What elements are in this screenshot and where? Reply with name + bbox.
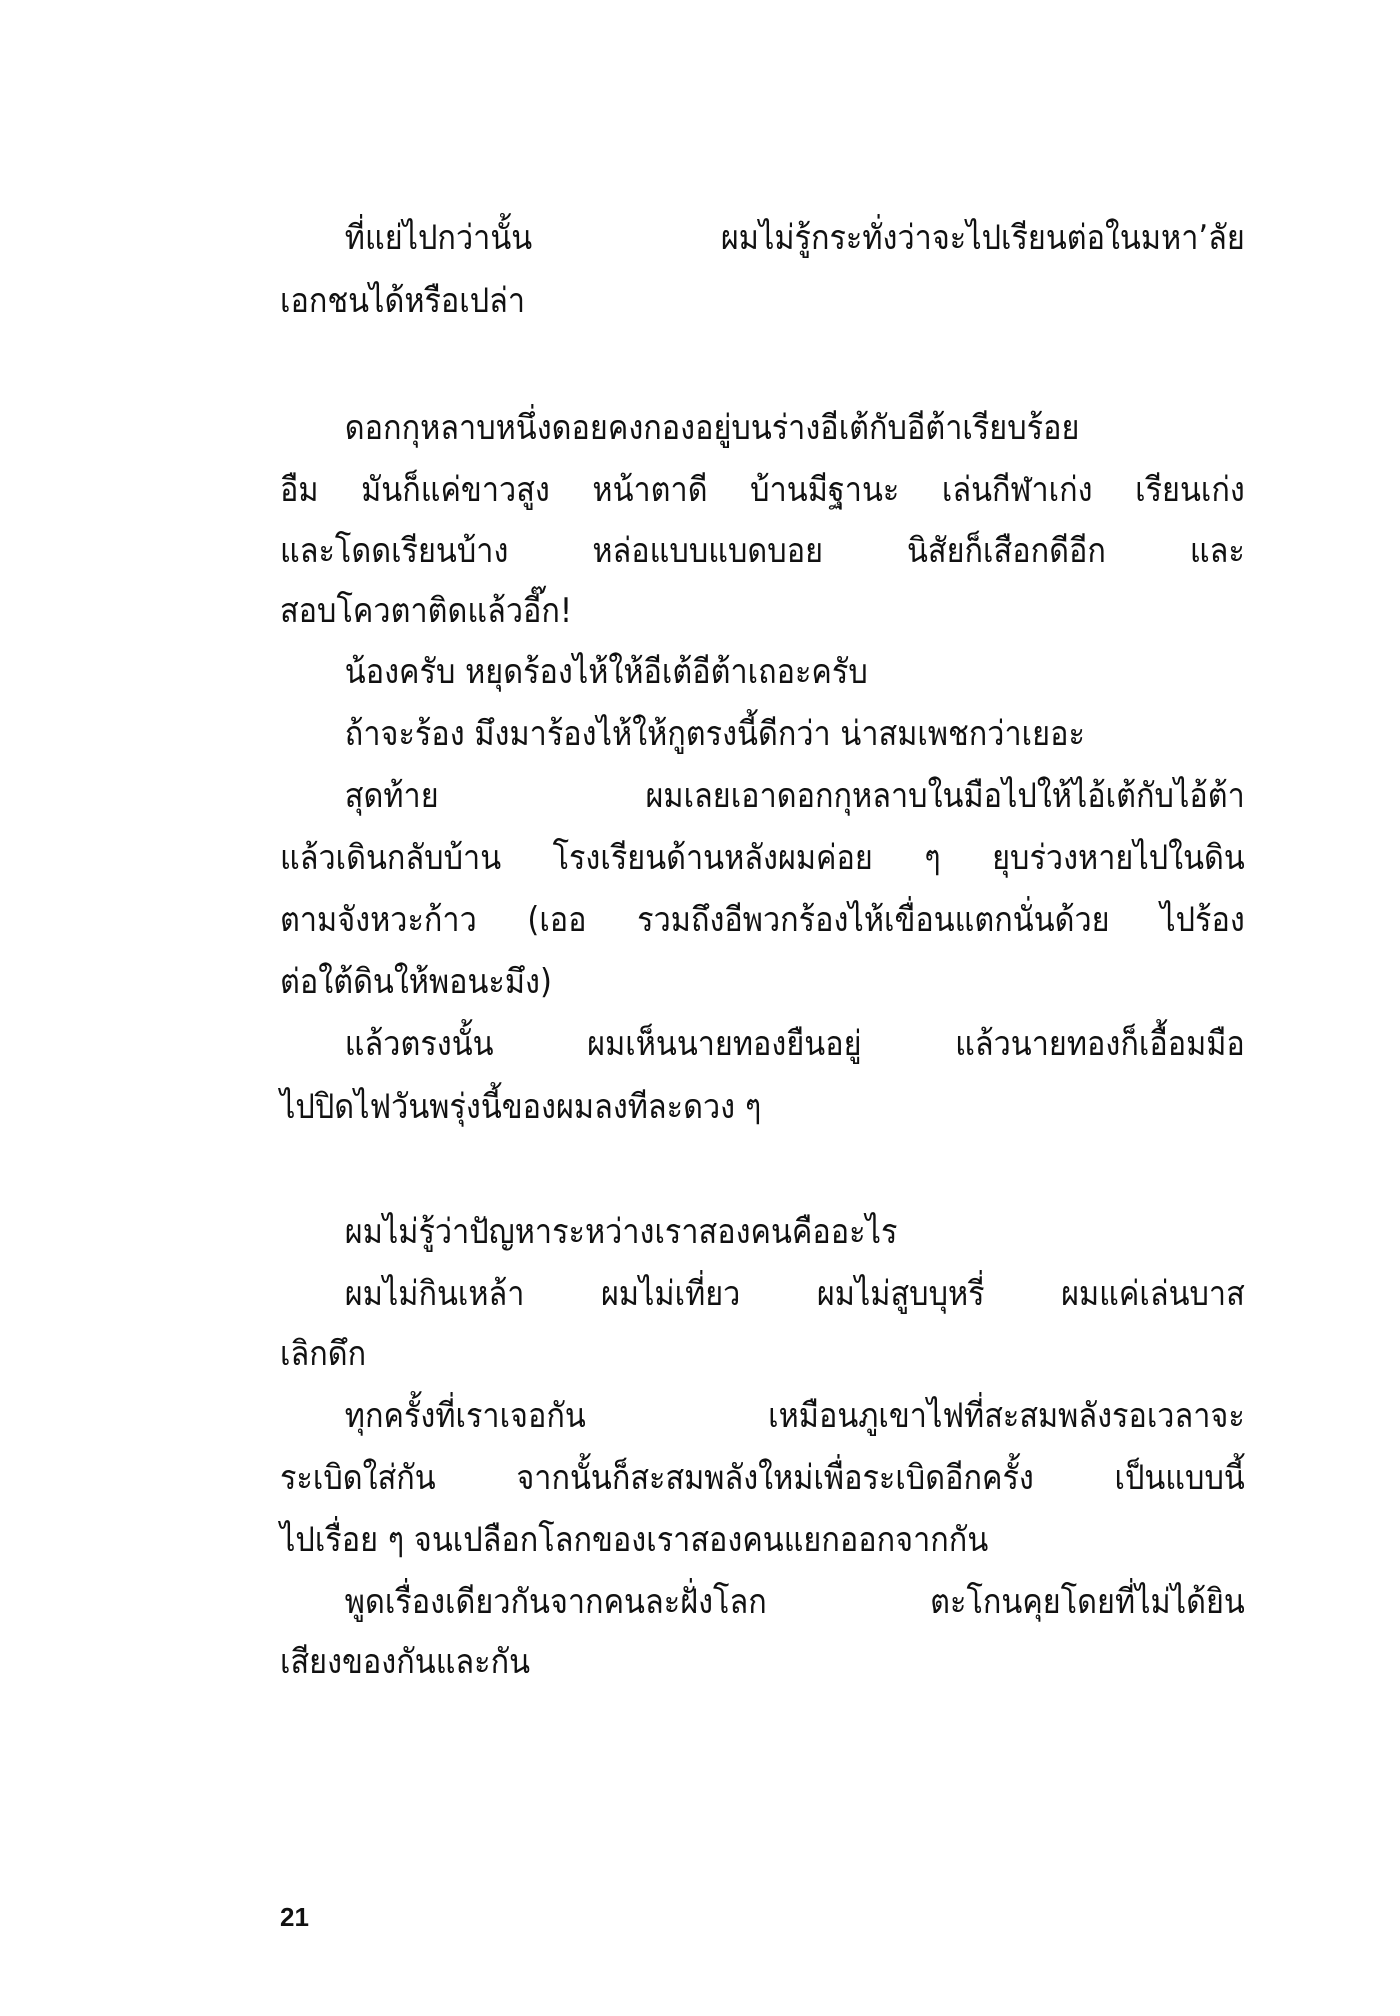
text-line: สอบโควตาติดแล้วอี๊ก! <box>280 580 1149 642</box>
text-line: ต่อใต้ดินให้พอนะมึง) <box>280 951 1149 1013</box>
text-line: ถ้าจะร้อง มึงมาร้องไห้ให้กูตรงนี้ดีกว่า … <box>280 703 1149 765</box>
text-line: ทุกครั้งที่เราเจอกัน เหมือนภูเขาไฟที่สะส… <box>280 1385 1245 1447</box>
text-line: ตามจังหวะก้าว (เออ รวมถึงอีพวกร้องไห้เขื… <box>280 889 1245 951</box>
text-line: ระเบิดใส่กัน จากนั้นก็สะสมพลังใหม่เพื่อร… <box>280 1447 1245 1509</box>
text-line: แล้วตรงนั้น ผมเห็นนายทองยืนอยู่ แล้วนายท… <box>280 1013 1245 1075</box>
text-line: สุดท้าย ผมเลยเอาดอกกุหลาบในมือไปให้ไอ้เต… <box>280 765 1245 827</box>
text-line: ไปปิดไฟวันพรุ่งนี้ของผมลงทีละดวง ๆ <box>280 1076 1149 1138</box>
text-line: น้องครับ หยุดร้องไห้ให้อีเต้อีต้าเถอะครั… <box>280 641 1149 703</box>
text-line: เอกชนได้หรือเปล่า <box>280 270 1149 332</box>
text-line: ผมไม่รู้ว่าปัญหาระหว่างเราสองคนคืออะไร <box>280 1201 1149 1263</box>
text-line: ที่แย่ไปกว่านั้น ผมไม่รู้กระทั่งว่าจะไปเ… <box>280 207 1245 269</box>
book-page: ที่แย่ไปกว่านั้น ผมไม่รู้กระทั่งว่าจะไปเ… <box>0 0 1400 2016</box>
text-line: เลิกดึก <box>280 1323 1149 1385</box>
page-number: 21 <box>280 1902 309 1933</box>
text-line: พูดเรื่องเดียวกันจากคนละฝั่งโลก ตะโกนคุย… <box>280 1571 1245 1633</box>
text-line: และโดดเรียนบ้าง หล่อแบบแบดบอย นิสัยก็เสื… <box>280 520 1245 582</box>
text-line: แล้วเดินกลับบ้าน โรงเรียนด้านหลังผมค่อย … <box>280 827 1245 889</box>
text-line: ไปเรื่อย ๆ จนเปลือกโลกของเราสองคนแยกออกจ… <box>280 1509 1149 1571</box>
text-line: เสียงของกันและกัน <box>280 1631 1149 1693</box>
text-line: ดอกกุหลาบหนึ่งดอยคงกองอยู่บนร่างอีเต้กับ… <box>280 397 1245 459</box>
text-line: ผมไม่กินเหล้า ผมไม่เที่ยว ผมไม่สูบบุหรี่… <box>280 1263 1245 1325</box>
text-line: อืม มันก็แค่ขาวสูง หน้าตาดี บ้านมีฐานะ เ… <box>280 459 1245 521</box>
